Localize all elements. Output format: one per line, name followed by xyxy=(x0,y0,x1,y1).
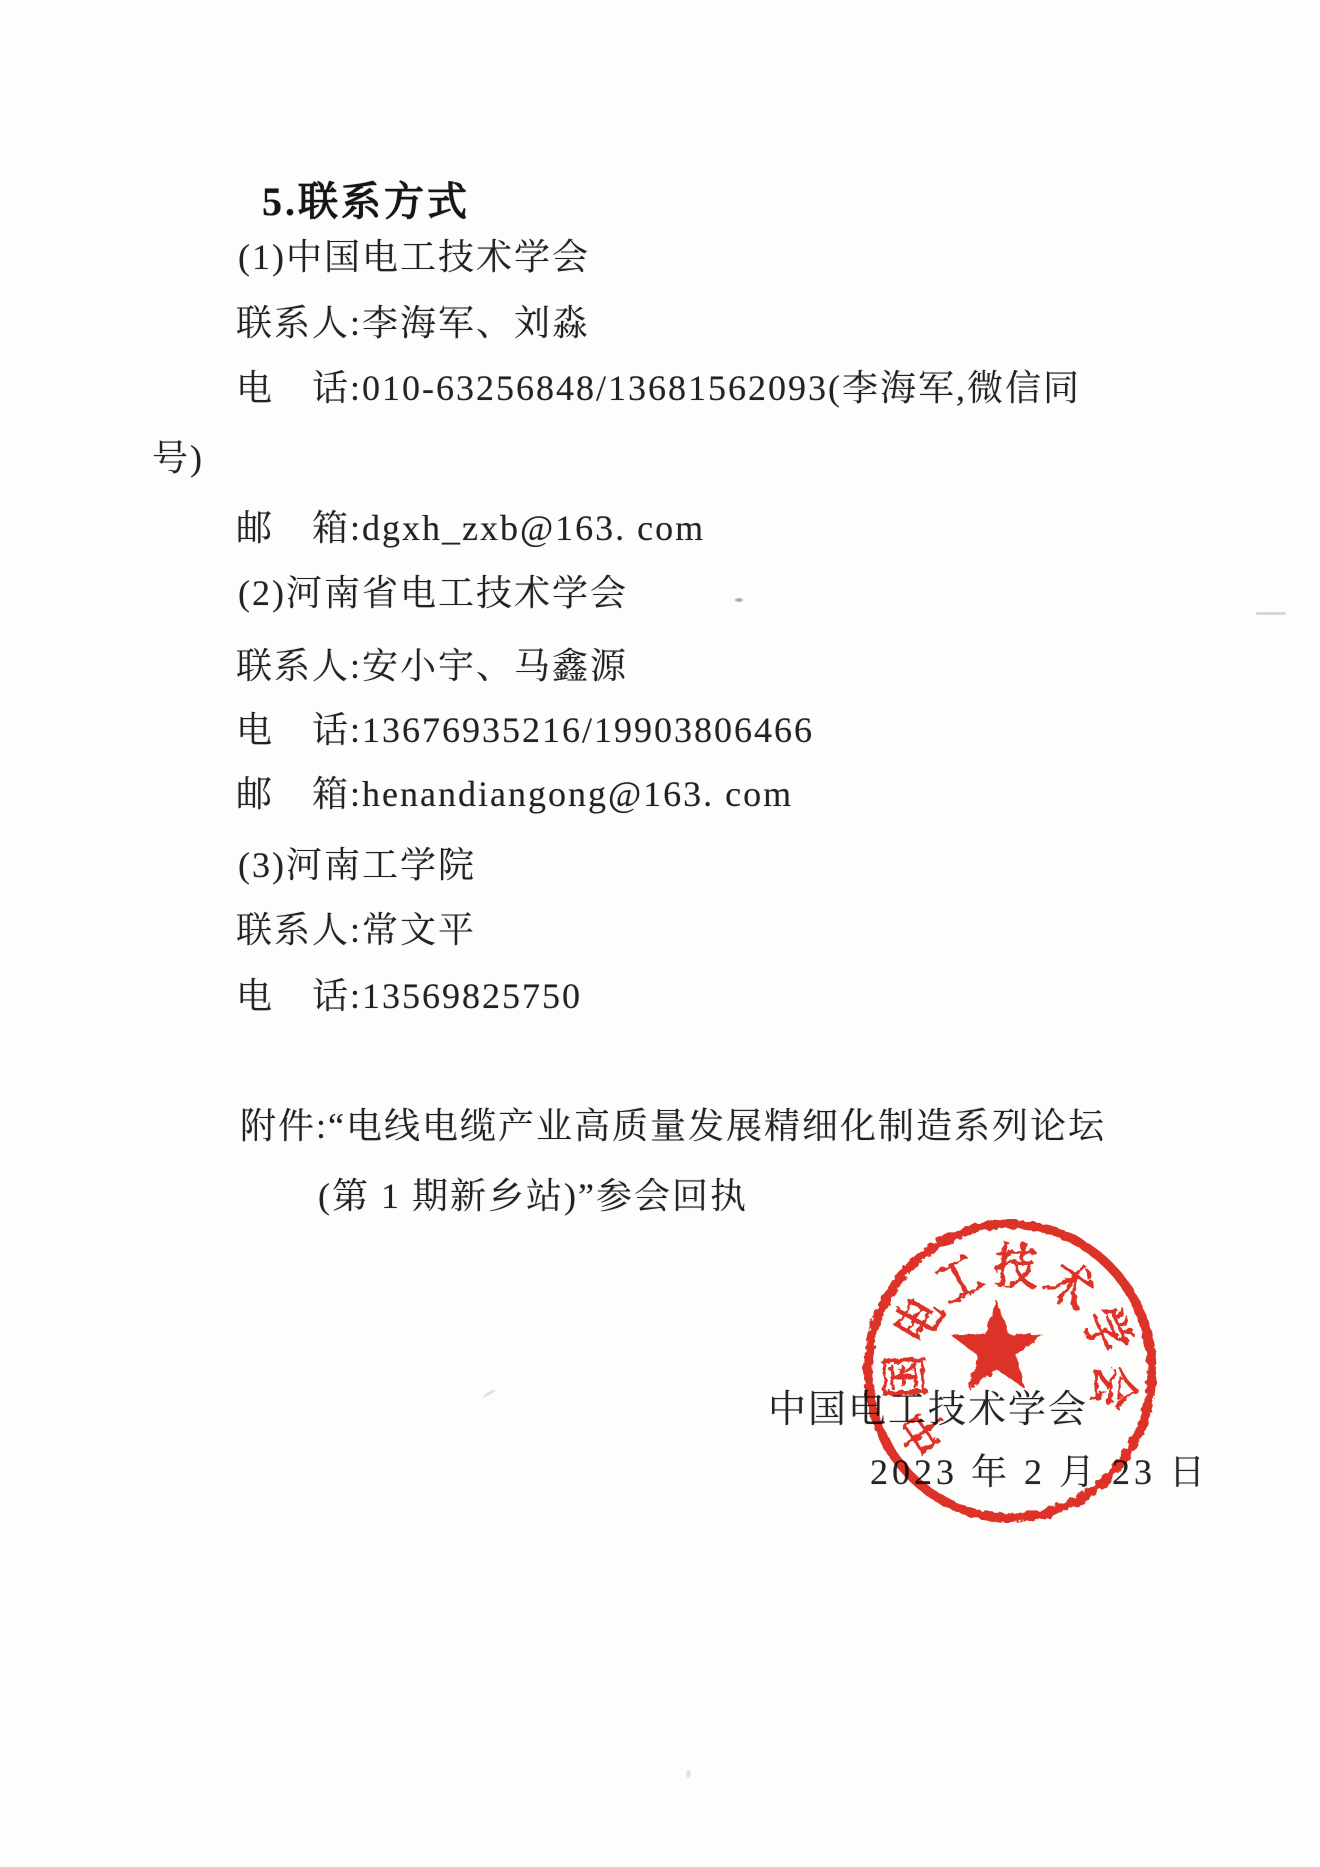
org3-title-line: (3)河南工学院 xyxy=(238,845,476,886)
svg-text:中: 中 xyxy=(890,1396,960,1464)
org1-phone-line: 电 话:010-63256848/13681562093(李海军,微信同 xyxy=(236,368,1081,409)
scan-speck xyxy=(482,1389,496,1399)
org1-email-line: 邮 箱:dgxh_zxb@163. com xyxy=(236,508,705,549)
org2-phone-line: 电 话:13676935216/19903806466 xyxy=(236,710,814,751)
section-heading: 5.联系方式 xyxy=(262,170,470,227)
svg-text:会: 会 xyxy=(1081,1361,1143,1413)
attachment-line-1: 附件:“电线电缆产业高质量发展精细化制造系列论坛 xyxy=(240,1106,1106,1147)
scan-speck xyxy=(686,1770,691,1778)
svg-text:学: 学 xyxy=(1071,1300,1139,1362)
org1-contact-line: 联系人:李海军、刘淼 xyxy=(236,303,590,344)
seal-star-icon xyxy=(951,1300,1044,1389)
svg-text:国: 国 xyxy=(878,1353,936,1399)
scan-speck xyxy=(735,598,743,602)
org2-contact-line: 联系人:安小宇、马鑫源 xyxy=(236,646,628,687)
svg-text:技: 技 xyxy=(992,1239,1038,1297)
org3-phone-line: 电 话:13569825750 xyxy=(236,976,582,1017)
org1-title-line: (1)中国电工技术学会 xyxy=(238,237,590,278)
svg-text:工: 工 xyxy=(927,1246,992,1316)
official-seal-stamp: 中国电工技术学会 xyxy=(858,1219,1162,1523)
org3-contact-line: 联系人:常文平 xyxy=(236,910,476,951)
org2-email-line: 邮 箱:henandiangong@163. com xyxy=(236,774,793,815)
scanned-document-page: 5.联系方式 (1)中国电工技术学会 联系人:李海军、刘淼 电 话:010-63… xyxy=(0,0,1320,1867)
seal-graphic: 中国电工技术学会 xyxy=(858,1219,1162,1523)
attachment-line-2: (第 1 期新乡站)”参会回执 xyxy=(318,1176,748,1217)
scan-speck xyxy=(1256,612,1286,615)
org1-phone-wrap-line: 号) xyxy=(152,438,204,479)
org2-title-line: (2)河南省电工技术学会 xyxy=(238,573,628,614)
